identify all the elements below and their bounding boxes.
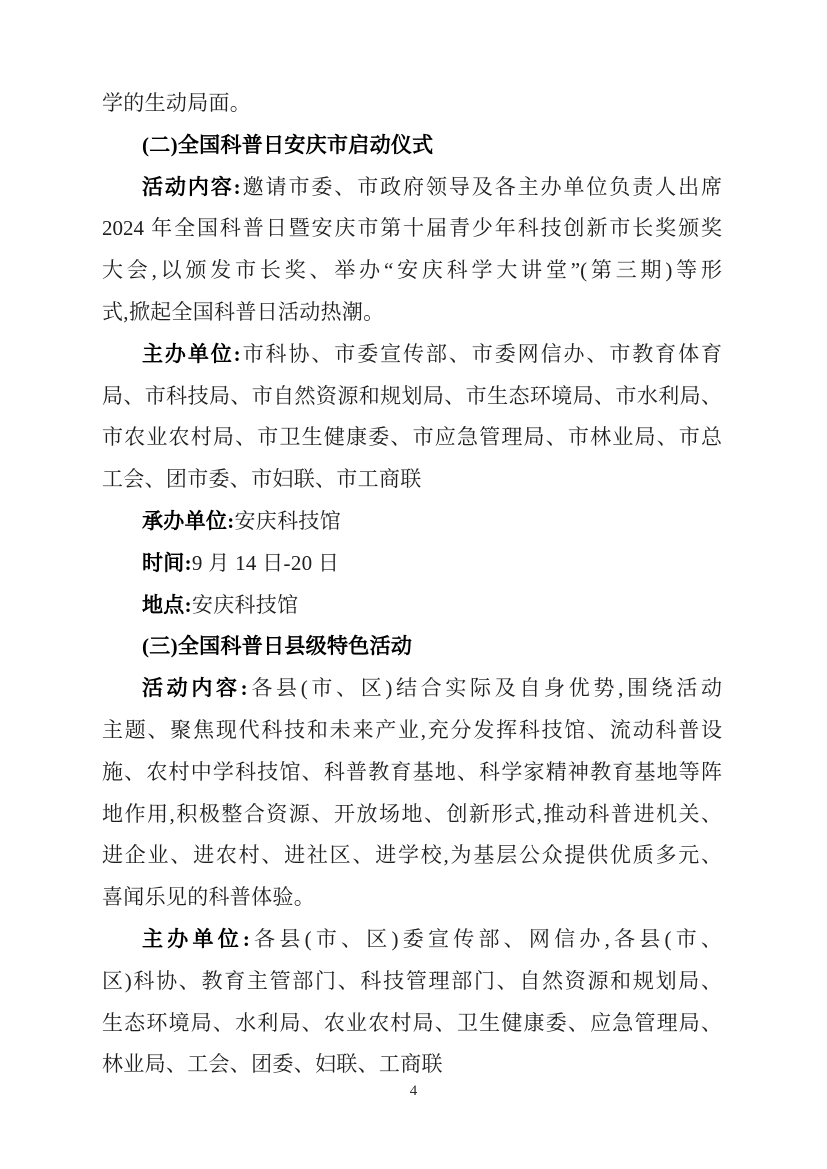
field-label: 活动内容: bbox=[142, 175, 241, 199]
line-text: 区)科协、教育主管部门、科技管理部门、自然资源和规划局、 bbox=[102, 969, 722, 993]
text-line: 活动内容:各县(市、区)结合实际及自身优势,围绕活动 bbox=[102, 668, 722, 710]
text-line: 学的生动局面。 bbox=[102, 83, 722, 125]
page-footer: 4 bbox=[0, 1081, 827, 1101]
line-text: 邀请市委、市政府领导及各主办单位负责人出席 bbox=[241, 175, 722, 199]
line-text: 各县(市、区)委宣传部、网信办,各县(市、 bbox=[250, 927, 722, 951]
line-text: 9 月 14 日-20 日 bbox=[192, 551, 339, 575]
line-text: 地作用,积极整合资源、开放场地、创新形式,推动科普进机关、 bbox=[102, 802, 722, 826]
section-heading: (三)全国科普日县级特色活动 bbox=[102, 626, 722, 668]
line-text: 市农业农村局、市卫生健康委、市应急管理局、市林业局、市总 bbox=[102, 425, 722, 449]
line-text: 大会,以颁发市长奖、举办“安庆科学大讲堂”(第三期)等形 bbox=[102, 258, 722, 282]
line-text: 工会、团市委、市妇联、市工商联 bbox=[102, 467, 422, 491]
field-label: 主办单位: bbox=[142, 927, 250, 951]
line-text: 安庆科技馆 bbox=[192, 593, 299, 617]
text-line: 时间:9 月 14 日-20 日 bbox=[102, 543, 722, 585]
text-line: 承办单位:安庆科技馆 bbox=[102, 501, 722, 543]
line-text: 进企业、进农村、进社区、进学校,为基层公众提供优质多元、 bbox=[102, 843, 722, 867]
text-line: 大会,以颁发市长奖、举办“安庆科学大讲堂”(第三期)等形 bbox=[102, 250, 722, 292]
document-page: 学的生动局面。 (二)全国科普日安庆市启动仪式 活动内容:邀请市委、市政府领导及… bbox=[0, 0, 827, 1169]
text-line: 主办单位:各县(市、区)委宣传部、网信办,各县(市、 bbox=[102, 919, 722, 961]
text-line: 施、农村中学科技馆、科普教育基地、科学家精神教育基地等阵 bbox=[102, 752, 722, 794]
line-text: 2024 年全国科普日暨安庆市第十届青少年科技创新市长奖颁奖 bbox=[102, 216, 722, 240]
field-label: 承办单位: bbox=[142, 509, 235, 533]
field-label: 活动内容: bbox=[142, 676, 248, 700]
line-text: 喜闻乐见的科普体验。 bbox=[102, 885, 315, 909]
line-text: 施、农村中学科技馆、科普教育基地、科学家精神教育基地等阵 bbox=[102, 760, 722, 784]
heading-text: (二)全国科普日安庆市启动仪式 bbox=[142, 133, 434, 157]
text-line: 工会、团市委、市妇联、市工商联 bbox=[102, 459, 722, 501]
field-label: 主办单位: bbox=[142, 342, 241, 366]
line-text: 局、市科技局、市自然资源和规划局、市生态环境局、市水利局、 bbox=[102, 384, 722, 408]
line-text: 安庆科技馆 bbox=[235, 509, 342, 533]
line-text: 各县(市、区)结合实际及自身优势,围绕活动 bbox=[248, 676, 722, 700]
text-line: 区)科协、教育主管部门、科技管理部门、自然资源和规划局、 bbox=[102, 961, 722, 1003]
text-line: 地作用,积极整合资源、开放场地、创新形式,推动科普进机关、 bbox=[102, 794, 722, 836]
line-text: 市科协、市委宣传部、市委网信办、市教育体育 bbox=[241, 342, 722, 366]
text-line: 式,掀起全国科普日活动热潮。 bbox=[102, 292, 722, 334]
document-body: 学的生动局面。 (二)全国科普日安庆市启动仪式 活动内容:邀请市委、市政府领导及… bbox=[102, 83, 722, 1086]
text-line: 2024 年全国科普日暨安庆市第十届青少年科技创新市长奖颁奖 bbox=[102, 208, 722, 250]
line-text: 主题、聚焦现代科技和未来产业,充分发挥科技馆、流动科普设 bbox=[102, 718, 722, 742]
line-text: 学的生动局面。 bbox=[102, 91, 251, 115]
field-label: 时间: bbox=[142, 551, 192, 575]
text-line: 地点:安庆科技馆 bbox=[102, 585, 722, 627]
text-line: 生态环境局、水利局、农业农村局、卫生健康委、应急管理局、 bbox=[102, 1003, 722, 1045]
line-text: 林业局、工会、团委、妇联、工商联 bbox=[102, 1052, 443, 1076]
text-line: 喜闻乐见的科普体验。 bbox=[102, 877, 722, 919]
line-text: 式,掀起全国科普日活动热潮。 bbox=[102, 300, 384, 324]
text-line: 主办单位:市科协、市委宣传部、市委网信办、市教育体育 bbox=[102, 334, 722, 376]
text-line: 主题、聚焦现代科技和未来产业,充分发挥科技馆、流动科普设 bbox=[102, 710, 722, 752]
text-line: 局、市科技局、市自然资源和规划局、市生态环境局、市水利局、 bbox=[102, 376, 722, 418]
field-label: 地点: bbox=[142, 593, 192, 617]
text-line: 林业局、工会、团委、妇联、工商联 bbox=[102, 1044, 722, 1086]
text-line: 活动内容:邀请市委、市政府领导及各主办单位负责人出席 bbox=[102, 167, 722, 209]
page-number: 4 bbox=[410, 1083, 418, 1099]
text-line: 进企业、进农村、进社区、进学校,为基层公众提供优质多元、 bbox=[102, 835, 722, 877]
heading-text: (三)全国科普日县级特色活动 bbox=[142, 634, 412, 658]
section-heading: (二)全国科普日安庆市启动仪式 bbox=[102, 125, 722, 167]
line-text: 生态环境局、水利局、农业农村局、卫生健康委、应急管理局、 bbox=[102, 1011, 722, 1035]
text-line: 市农业农村局、市卫生健康委、市应急管理局、市林业局、市总 bbox=[102, 417, 722, 459]
